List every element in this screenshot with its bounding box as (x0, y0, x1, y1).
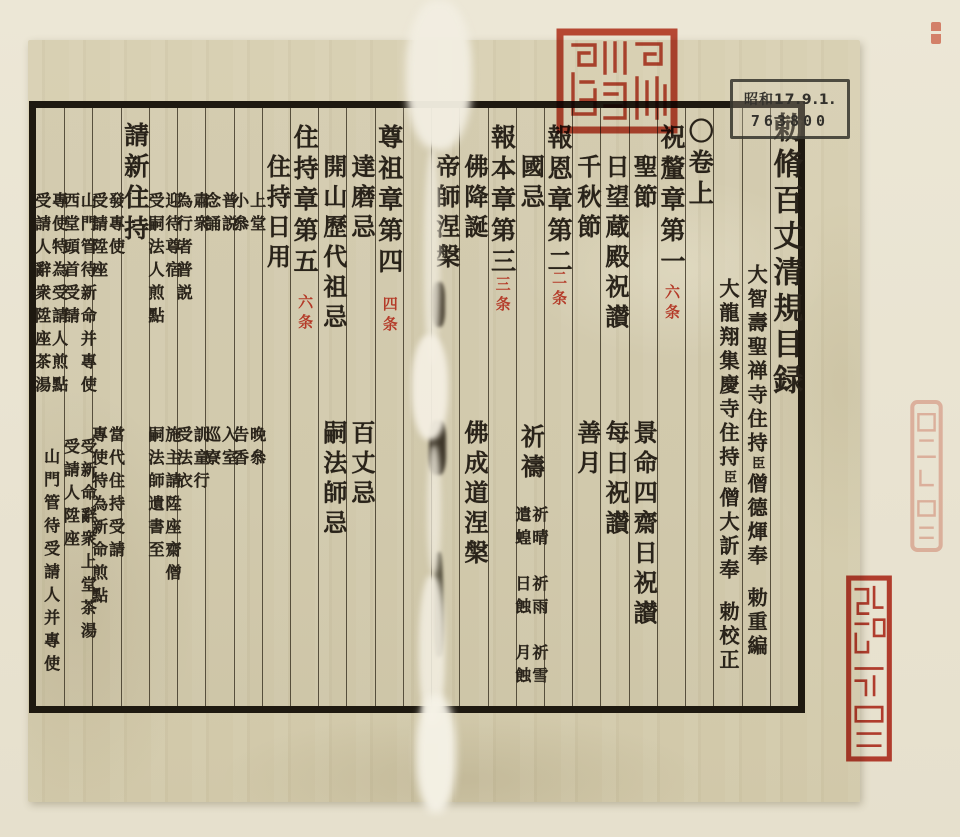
text-column-2: 大智壽聖禅寺住持臣僧德煇奉勅重編 (742, 108, 770, 706)
text-column-3: 大龍翔集慶寺住持臣僧大訢奉勅校正 (713, 108, 741, 706)
red-square-seal-icon (556, 28, 678, 134)
toc-entry-pair: 當代住持受請專使特為新命煎點 (90, 426, 123, 610)
text-column-23: 迎待尊宿受嗣法人煎點施主請陞座齋僧嗣法師遺書至 (149, 108, 177, 706)
stamp-date: 昭和17.9.1. (744, 89, 836, 109)
paper-tear (424, 150, 440, 365)
text-column-17: 開山歷代祖忌嗣法師忌 (318, 108, 346, 706)
stamp-accession-number: 763800 (751, 112, 829, 130)
paper-tear (416, 695, 456, 813)
paper-tear (427, 445, 441, 575)
paper-tear (406, 0, 472, 150)
text-column-5: 祝釐章第一六条 (657, 108, 685, 706)
text-column-18: 住持章第五六条 (290, 108, 318, 706)
text-column-25: 發專使受請陞座當代住持受請專使特為新命煎點 (92, 108, 120, 706)
text-column-26: 山門管待新命并專使西堂頭首受請受新命辭衆上堂茶湯受請人陞座 (64, 108, 92, 706)
text-column-7: 日望蔵殿祝讃每日祝讃 (600, 108, 628, 706)
text-column-12: 佛降誕佛成道涅槃 (459, 108, 487, 706)
book-title: 勅脩百丈清規目録 (768, 112, 801, 400)
toc-entry: 百丈忌 (344, 420, 377, 510)
text-column-15: 尊祖章第四四条 (375, 108, 403, 706)
text-column-6: 聖節景命四齋日祝讃 (629, 108, 657, 706)
library-date-stamp: 昭和17.9.1. 763800 (730, 79, 850, 139)
section-count-note: 三条 (486, 276, 519, 316)
scanned-book-spread: 專使特為受請人煎點受請人辭衆陞座茶湯山門管待受請人并專使山門管待新命并專使西堂頭… (0, 0, 960, 837)
section-header: 尊祖章第四 (373, 124, 406, 279)
text-column-1: 勅脩百丈清規目録 (770, 108, 798, 706)
section-count-note: 二条 (542, 270, 575, 310)
text-column-9: 報恩章第二二条 (544, 108, 572, 706)
text-column-8: 千秋節善月 (572, 108, 600, 706)
faded-collector-seal-icon (910, 400, 943, 552)
text-column-16: 達磨忌百丈忌 (346, 108, 374, 706)
toc-entry-pair: 晚叅告香 (232, 426, 265, 472)
red-collector-seal-icon (845, 575, 893, 762)
section-header: 〇卷上 (683, 118, 716, 211)
toc-entry: 景命四齋日祝讃 (627, 420, 660, 630)
text-column-4: 〇卷上 (685, 108, 713, 706)
text-column-20: 上堂小叅晚叅告香 (234, 108, 262, 706)
section-count-note: 四条 (373, 296, 406, 336)
text-column-19: 住持日用 (262, 108, 290, 706)
toc-entry: 佛成道涅槃 (457, 420, 490, 570)
text-column-22: 肅衆為行者普説訓童行受法衣 (177, 108, 205, 706)
text-column-24: 請新住持 (121, 108, 149, 706)
small-red-mark-icon (931, 22, 941, 44)
toc-entry: 祈禱 (514, 424, 547, 484)
text-column-10: 國忌祈禱祈晴 祈雨 祈雪遣蝗 日蝕 月蝕 (516, 108, 544, 706)
section-count-note: 六条 (655, 284, 688, 324)
text-column-21: 普説念誦入室巡寮 (205, 108, 233, 706)
paper-tear (412, 335, 448, 440)
text-column-11: 報本章第三三条 (488, 108, 516, 706)
toc-entry-pair: 祈晴 祈雨 祈雪遣蝗 日蝕 月蝕 (514, 506, 547, 690)
text-column-27: 專使特為受請人煎點受請人辭衆陞座茶湯山門管待受請人并專使 (36, 108, 64, 706)
